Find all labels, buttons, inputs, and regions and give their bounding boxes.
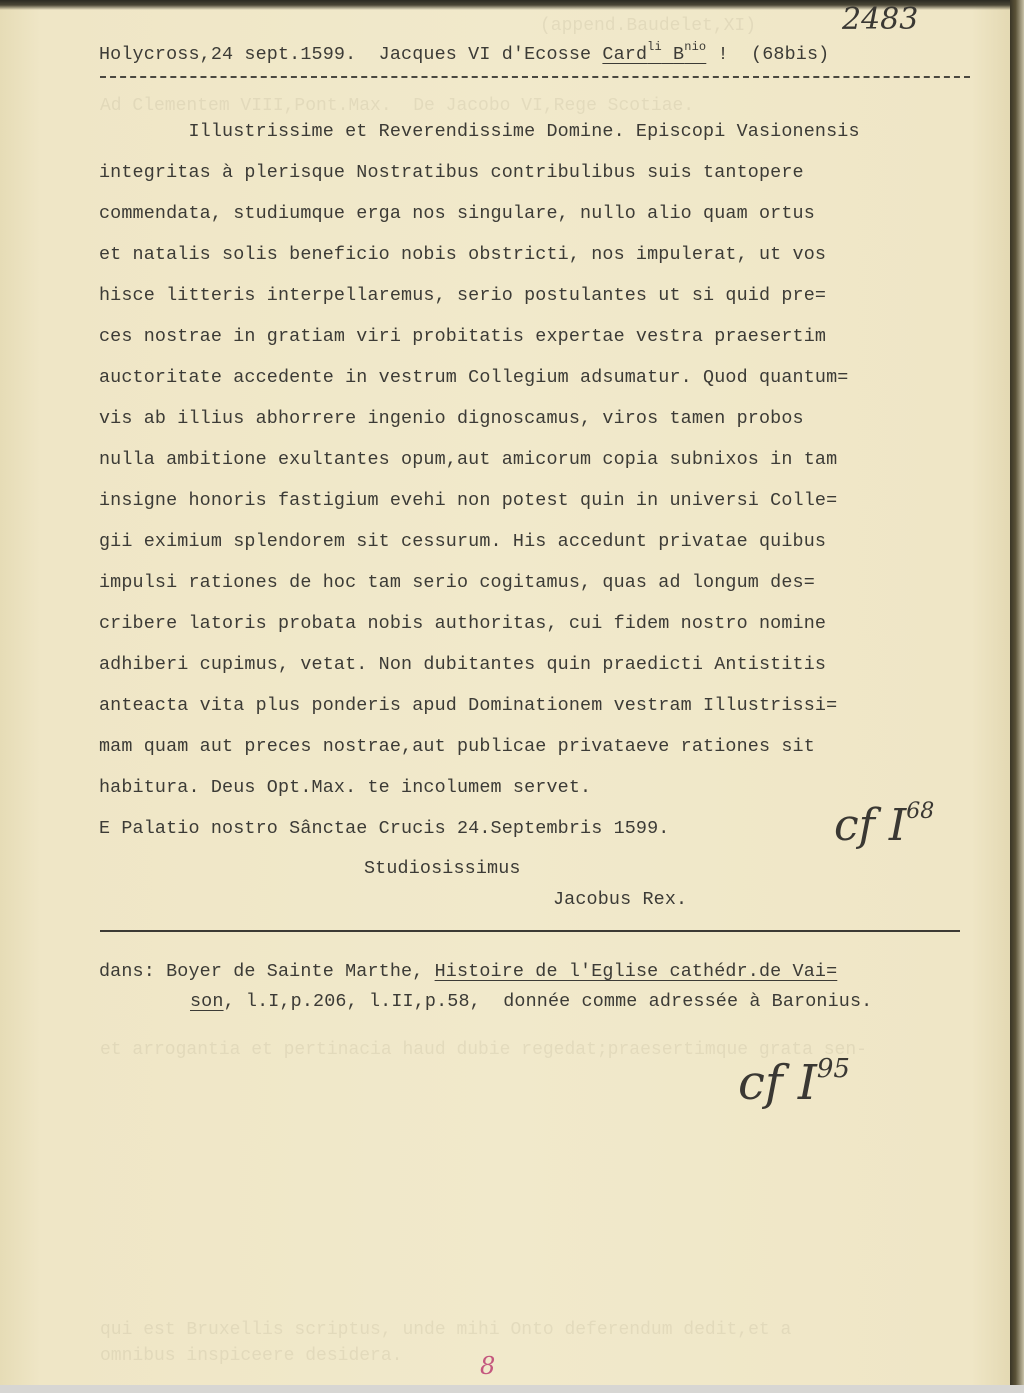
letter-line: adhiberi cupimus, vetat. Non dubitantes … (99, 654, 826, 675)
page-number-mark: 8 (480, 1352, 495, 1380)
letter-line: Illustrissime et Reverendissime Domine. … (99, 121, 860, 142)
letter-line: integritas à plerisque Nostratibus contr… (99, 162, 804, 183)
letter-line: commendata, studiumque erga nos singular… (99, 203, 815, 224)
letter-line: gii eximium splendorem sit cessurum. His… (99, 531, 826, 552)
source-separator-rule (100, 930, 960, 932)
letter-line: habitura. Deus Opt.Max. te incolumem ser… (99, 777, 591, 798)
header-author: Jacques VI d'Ecosse (379, 44, 592, 65)
signature: Jacobus Rex. (553, 889, 687, 910)
letter-line: impulsi rationes de hoc tam serio cogita… (99, 572, 815, 593)
dateline: E Palatio nostro Sânctae Crucis 24.Septe… (99, 818, 670, 839)
letter-line: hisce litteris interpellaremus, serio po… (99, 285, 826, 306)
letter-line: anteacta vita plus ponderis apud Dominat… (99, 695, 837, 716)
closing: Studiosissimus (364, 858, 521, 879)
letter-line: vis ab illius abhorrere ingenio dignosca… (99, 408, 804, 429)
source-title: Histoire de l'Eglise cathédr.de Vai= (435, 961, 838, 982)
archive-number: 2483 (842, 2, 918, 37)
letter-line: mam quam aut preces nostrae,aut publicae… (99, 736, 815, 757)
scan-bottom-strip (0, 1385, 1024, 1393)
source-line-1: dans: Boyer de Sainte Marthe, Histoire d… (99, 961, 837, 982)
header-line: Holycross,24 sept.1599. Jacques VI d'Eco… (99, 44, 829, 65)
header-addressee: Cardli Bnio (602, 44, 706, 65)
letter-line: auctoritate accedente in vestrum Collegi… (99, 367, 848, 388)
letter-line: et natalis solis beneficio nobis obstric… (99, 244, 826, 265)
header-place-date: Holycross,24 sept.1599. (99, 44, 356, 65)
margin-ref-1: cf I68 (834, 800, 934, 851)
header-dashed-rule (100, 76, 970, 78)
source-line-2: son, l.I,p.206, l.II,p.58, donnée comme … (190, 991, 872, 1012)
header-ref: (68bis) (751, 44, 829, 65)
letter-line: insigne honoris fastigium evehi non pote… (99, 490, 837, 511)
letter-line: nulla ambitione exultantes opum,aut amic… (99, 449, 837, 470)
letter-line: ces nostrae in gratiam viri probitatis e… (99, 326, 826, 347)
scan-right-edge (1010, 0, 1024, 1393)
letter-line: cribere latoris probata nobis authoritas… (99, 613, 826, 634)
margin-ref-2: cf I95 (738, 1055, 850, 1111)
header-exclaim: ! (717, 44, 728, 65)
